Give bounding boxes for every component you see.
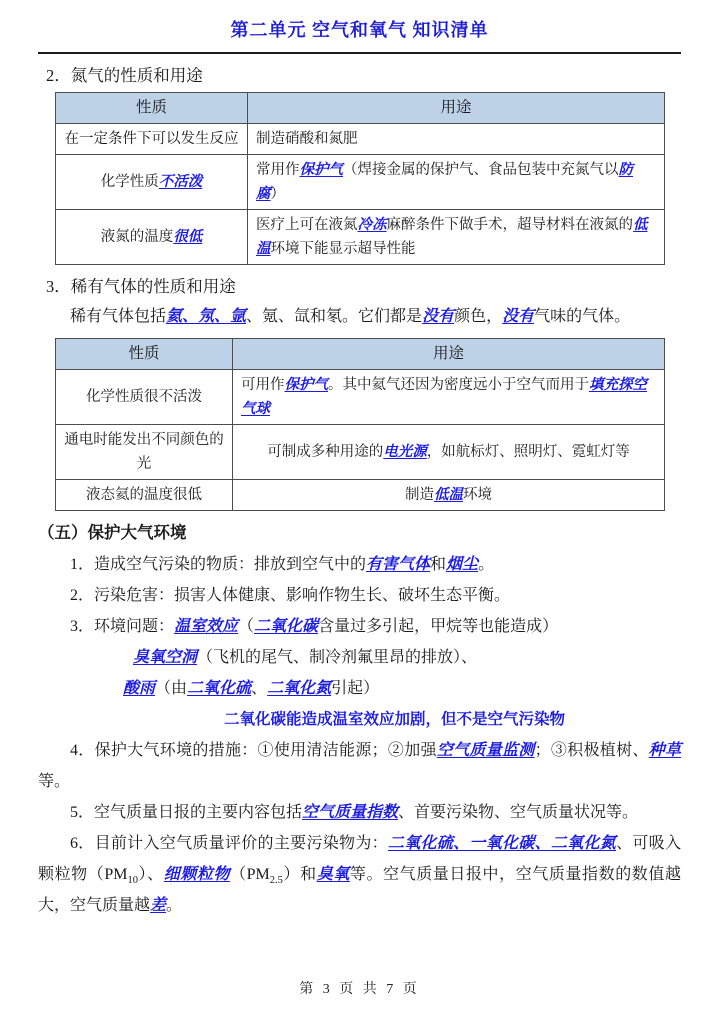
ozone-hole-line: 臭氧空洞（飞机的尾气、制冷剂氟里昂的排放）、 — [38, 642, 681, 673]
rare-gas-section-heading: 3．稀有气体的性质和用途 — [46, 273, 681, 297]
table-row: 液氮的温度很低 医疗上可在液氮冷冻麻醉条件下做手术，超导材料在液氮的低温环境下能… — [56, 210, 665, 265]
protect-section-heading: （五）保护大气环境 — [38, 519, 681, 543]
column-header-use: 用途 — [233, 339, 665, 370]
use-cell: 可用作保护气。其中氦气还因为密度远小于空气而用于填充探空气球 — [233, 370, 665, 425]
column-header-use: 用途 — [248, 93, 665, 124]
table-row: 化学性质很不活泼 可用作保护气。其中氦气还因为密度远小于空气而用于填充探空气球 — [56, 370, 665, 425]
table-row: 液态氦的温度很低 制造低温环境 — [56, 480, 665, 511]
property-cell: 液氮的温度很低 — [56, 210, 248, 265]
nitrogen-section-heading: 2．氮气的性质和用途 — [46, 62, 681, 86]
use-cell: 常用作保护气（焊接金属的保护气、食品包装中充氮气以防腐） — [248, 155, 665, 210]
property-cell: 液态氦的温度很低 — [56, 480, 233, 511]
list-item-3: 3．环境问题：温室效应（二氧化碳含量过多引起，甲烷等也能造成） — [38, 611, 681, 642]
property-cell: 通电时能发出不同颜色的光 — [56, 425, 233, 480]
rare-gas-table-header-row: 性质 用途 — [56, 339, 665, 370]
column-header-property: 性质 — [56, 93, 248, 124]
column-header-property: 性质 — [56, 339, 233, 370]
document-page: 第二单元 空气和氧气 知识清单 2．氮气的性质和用途 性质 用途 在一定条件下可… — [0, 0, 719, 1024]
rare-gas-intro: 稀有气体包括氦、氖、氩、氪、氙和氡。它们都是没有颜色，没有气味的气体。 — [38, 303, 681, 330]
table-row: 在一定条件下可以发生反应 制造硝酸和氮肥 — [56, 124, 665, 155]
property-cell: 化学性质很不活泼 — [56, 370, 233, 425]
use-cell: 医疗上可在液氮冷冻麻醉条件下做手术，超导材料在液氮的低温环境下能显示超导性能 — [248, 210, 665, 265]
list-item-1: 1．造成空气污染的物质：排放到空气中的有害气体和烟尘。 — [38, 549, 681, 580]
rare-gas-table: 性质 用途 化学性质很不活泼 可用作保护气。其中氦气还因为密度远小于空气而用于填… — [55, 338, 665, 511]
page-footer: 第 3 页 共 7 页 — [0, 978, 719, 998]
document-title: 第二单元 空气和氧气 知识清单 — [38, 12, 681, 42]
list-item-6: 6．目前计入空气质量评价的主要污染物为：二氧化硫、一氧化碳、二氧化氮、可吸入颗粒… — [38, 828, 681, 921]
acid-rain-line: 酸雨（由二氧化硫、二氧化氮引起） — [38, 673, 681, 704]
table-row: 通电时能发出不同颜色的光 可制成多种用途的电光源，如航标灯、照明灯、霓虹灯等 — [56, 425, 665, 480]
property-cell: 化学性质不活泼 — [56, 155, 248, 210]
nitrogen-table-header-row: 性质 用途 — [56, 93, 665, 124]
property-cell: 在一定条件下可以发生反应 — [56, 124, 248, 155]
document-content: 第二单元 空气和氧气 知识清单 2．氮气的性质和用途 性质 用途 在一定条件下可… — [0, 0, 719, 921]
list-item-2: 2．污染危害：损害人体健康、影响作物生长、破坏生态平衡。 — [38, 580, 681, 611]
use-cell: 制造硝酸和氮肥 — [248, 124, 665, 155]
nitrogen-table: 性质 用途 在一定条件下可以发生反应 制造硝酸和氮肥 化学性质不活泼 常用作保护… — [55, 92, 665, 265]
table-row: 化学性质不活泼 常用作保护气（焊接金属的保护气、食品包装中充氮气以防腐） — [56, 155, 665, 210]
list-item-5: 5．空气质量日报的主要内容包括空气质量指数、首要污染物、空气质量状况等。 — [38, 797, 681, 828]
title-divider — [38, 52, 681, 54]
list-item-4: 4．保护大气环境的措施：①使用清洁能源；②加强空气质量监测；③积极植树、种草等。 — [38, 735, 681, 797]
protect-section-items: 1．造成空气污染的物质：排放到空气中的有害气体和烟尘。 2．污染危害：损害人体健… — [38, 549, 681, 921]
use-cell: 制造低温环境 — [233, 480, 665, 511]
co2-note: 二氧化碳能造成温室效应加剧，但不是空气污染物 — [38, 704, 681, 735]
use-cell: 可制成多种用途的电光源，如航标灯、照明灯、霓虹灯等 — [233, 425, 665, 480]
